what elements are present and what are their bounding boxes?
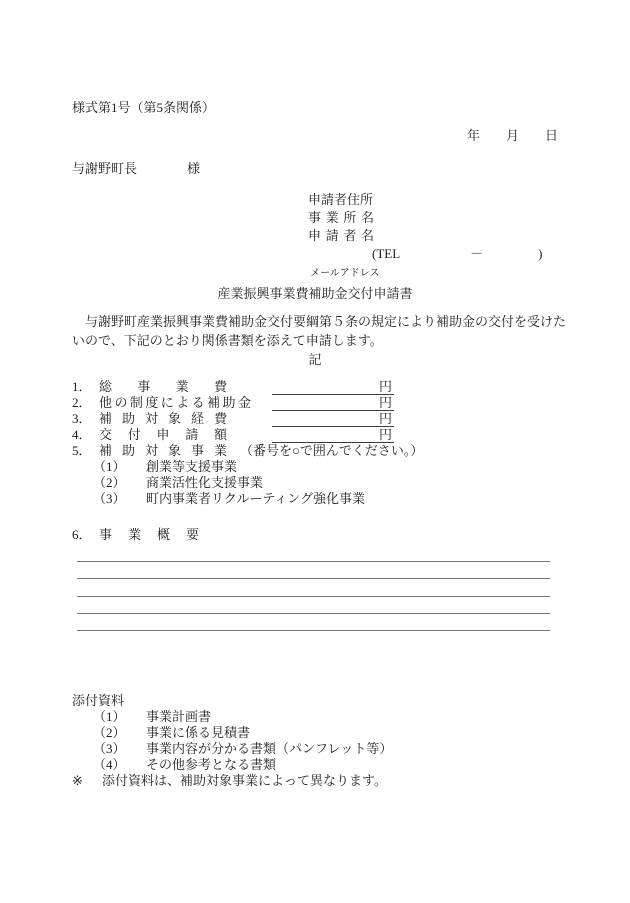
item-number: 5． (72, 443, 99, 459)
amount-blank-line: 円 (272, 411, 394, 427)
attachment-row-description-docs: （3）事業内容が分かる書類（パンフレット等） (93, 741, 392, 757)
note-marker: ※ (72, 773, 102, 789)
attachments-title: 添付資料 (72, 693, 392, 709)
tel-close-paren: ) (538, 246, 542, 261)
item-row-requested-amount: 4．交付申請額 円 (72, 427, 558, 443)
item-label: 他の制度による補助金 (99, 395, 251, 411)
option-row-commerce-revitalization: （2）商業活性化支援事業 (93, 475, 558, 491)
item-label: 総事業費 (99, 379, 227, 395)
option-row-startup-support: （1）創業等支援事業 (93, 459, 558, 475)
applicant-office-label: 事業所名 (308, 209, 374, 227)
amount-blank-line: 円 (272, 395, 394, 411)
recipient-line: 与謝野町長様 (72, 158, 200, 177)
yen-unit: 円 (379, 395, 394, 410)
attachment-number: （1） (93, 709, 146, 725)
item-label: 補助対象経費 (99, 411, 227, 427)
attachment-number: （3） (93, 741, 146, 757)
applicant-name-label: 申請者名 (308, 227, 374, 245)
option-number: （1） (93, 459, 146, 475)
amount-blank-line: 円 (272, 427, 394, 443)
tel-dash: － (470, 246, 483, 261)
option-row-recruiting: （3）町内事業者リクルーティング強化事業 (93, 491, 558, 507)
attachment-label: 事業内容が分かる書類（パンフレット等） (146, 741, 392, 756)
body-paragraph: 与謝野町産業振興事業費補助金交付要綱第５条の規定により補助金の交付を受けた いの… (72, 313, 572, 350)
option-number: （3） (93, 491, 146, 507)
item-number: 4． (72, 427, 99, 443)
attachment-number: （4） (93, 757, 146, 773)
items-list: 1．総事業費 円 2．他の制度による補助金 円 3．補助対象経費 円 4．交付申… (72, 379, 558, 507)
item-number: 2． (72, 395, 99, 411)
ki-label: 記 (0, 349, 630, 368)
attachment-label: 事業計画書 (146, 709, 211, 724)
write-line (77, 562, 550, 579)
option-number: （2） (93, 475, 146, 491)
form-number: 様式第1号（第5条関係） (72, 97, 215, 116)
attachments-note: ※添付資料は、補助対象事業によって異なります。 (72, 773, 392, 789)
attachment-number: （2） (93, 725, 146, 741)
business-outline-write-lines (77, 545, 550, 631)
write-line (77, 614, 550, 631)
item-number: 3． (72, 411, 99, 427)
body-line-2: いので、下記のとおり関係書類を添えて申請します。 (72, 332, 572, 351)
tel-prefix: (TEL (372, 246, 400, 261)
attachments-block: 添付資料 （1）事業計画書 （2）事業に係る見積書 （3）事業内容が分かる書類（… (72, 693, 392, 789)
recipient-honorific: 様 (187, 161, 200, 176)
item-row-total-cost: 1．総事業費 円 (72, 379, 558, 395)
write-line (77, 545, 550, 562)
body-line-1: 与謝野町産業振興事業費補助金交付要綱第５条の規定により補助金の交付を受けた (72, 313, 572, 332)
item-row-other-subsidy: 2．他の制度による補助金 円 (72, 395, 558, 411)
yen-unit: 円 (379, 411, 394, 426)
circle-number-note: （番号を○で囲んでください。） (240, 443, 423, 458)
amount-blank-line: 円 (272, 379, 394, 395)
item-row-target-business: 5．補助対象事業（番号を○で囲んでください。） (72, 443, 558, 459)
item-number: 1． (72, 379, 99, 395)
item-row-eligible-expense: 3．補助対象経費 円 (72, 411, 558, 427)
applicant-block: 申請者住所 事業所名 申請者名 (TEL－) メールアドレス (308, 191, 543, 283)
document-title: 産業振興事業費補助金交付申請書 (0, 283, 630, 302)
option-label: 町内事業者リクルーティング強化事業 (146, 491, 365, 506)
item-label: 補助対象事業 (99, 443, 227, 459)
yen-unit: 円 (379, 427, 394, 442)
document-page: 様式第1号（第5条関係） 年 月 日 与謝野町長様 申請者住所 事業所名 申請者… (0, 0, 630, 903)
tel-line: (TEL－) (372, 245, 543, 263)
attachment-row-other-docs: （4）その他参考となる書類 (93, 757, 392, 773)
item-label: 事業概要 (99, 527, 199, 543)
option-label: 創業等支援事業 (146, 459, 237, 474)
recipient-name: 与謝野町長 (72, 161, 137, 176)
write-line (77, 579, 550, 596)
yen-unit: 円 (379, 379, 394, 394)
item-row-business-outline: 6．事業概要 (72, 527, 199, 543)
email-label: メールアドレス (310, 265, 543, 283)
write-line (77, 597, 550, 614)
item-number: 6． (72, 527, 99, 543)
date-line: 年 月 日 (467, 125, 558, 144)
note-text: 添付資料は、補助対象事業によって異なります。 (102, 773, 387, 788)
attachment-row-estimate: （2）事業に係る見積書 (93, 725, 392, 741)
option-label: 商業活性化支援事業 (146, 475, 263, 490)
applicant-address-label: 申請者住所 (308, 191, 543, 209)
attachment-row-business-plan: （1）事業計画書 (93, 709, 392, 725)
item-label: 交付申請額 (99, 427, 227, 443)
attachment-label: 事業に係る見積書 (146, 725, 250, 740)
attachment-label: その他参考となる書類 (146, 757, 276, 772)
